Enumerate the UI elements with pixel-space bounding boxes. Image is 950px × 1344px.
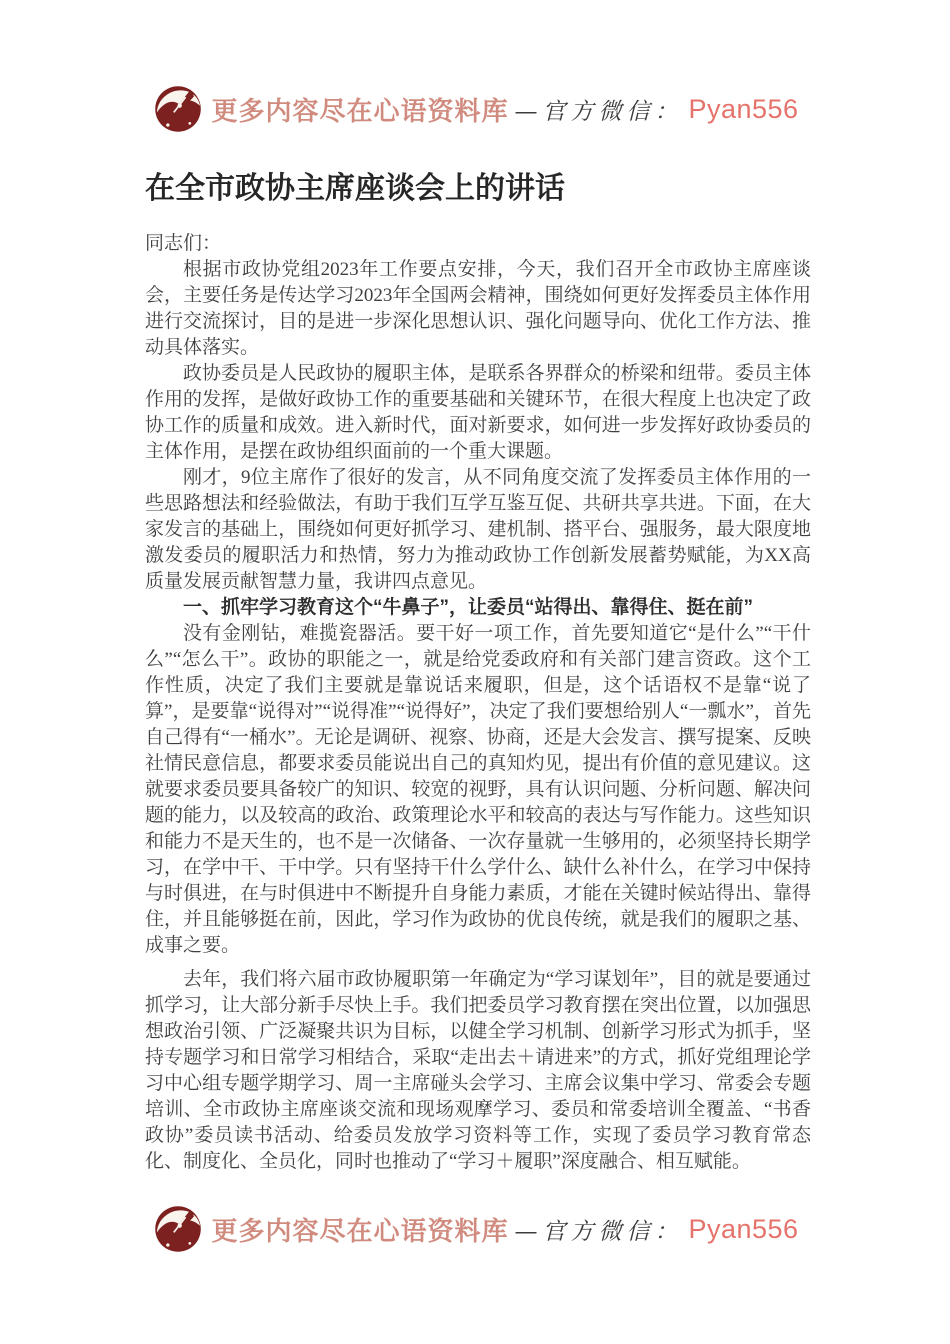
watermark-wechat-account: Pyan556: [688, 94, 798, 125]
paragraph-5: 去年，我们将六届市政协履职第一年确定为“学习谋划年”，目的就是要通过抓学习，让大…: [145, 967, 811, 1175]
watermark-wechat-label: —官方微信：: [514, 1213, 682, 1246]
document-title: 在全市政协主席座谈会上的讲话: [145, 170, 811, 208]
header-watermark: 更多内容尽在心语资料库 —官方微信： Pyan556: [0, 82, 950, 136]
watermark-dash: —: [514, 99, 542, 125]
paragraph-2: 政协委员是人民政协的履职主体，是联系各界群众的桥梁和纽带。委员主体作用的发挥，是…: [145, 361, 811, 465]
watermark-dash: —: [514, 1219, 542, 1245]
watermark-text: 更多内容尽在心语资料库: [211, 1211, 508, 1248]
document-body: 在全市政协主席座谈会上的讲话 同志们： 根据市政协党组2023年工作要点安排，今…: [145, 170, 811, 1175]
document-page: 更多内容尽在心语资料库 —官方微信： Pyan556 在全市政协主席座谈会上的讲…: [0, 0, 950, 1344]
paragraph-3: 刚才，9位主席作了很好的发言，从不同角度交流了发挥委员主体作用的一些思路想法和经…: [145, 465, 811, 595]
salutation: 同志们：: [145, 231, 811, 257]
footer-watermark: 更多内容尽在心语资料库 —官方微信： Pyan556: [0, 1202, 950, 1256]
watermark-wechat-label-text: 官方微信：: [542, 99, 682, 125]
pen-nib-logo-icon: [151, 1202, 205, 1256]
paragraph-1: 根据市政协党组2023年工作要点安排，今天，我们召开全市政协主席座谈会，主要任务…: [145, 257, 811, 361]
watermark-wechat-account: Pyan556: [688, 1214, 798, 1245]
pen-nib-logo-icon: [151, 82, 205, 136]
watermark-wechat-label-text: 官方微信：: [542, 1219, 682, 1245]
watermark-wechat-label: —官方微信：: [514, 93, 682, 126]
paragraph-4: 没有金刚钻，难揽瓷器活。要干好一项工作，首先要知道它“是什么”“干什么”“怎么干…: [145, 621, 811, 959]
watermark-text: 更多内容尽在心语资料库: [211, 91, 508, 128]
section-heading-1: 一、抓牢学习教育这个“牛鼻子”，让委员“站得出、靠得住、挺在前”: [145, 595, 811, 621]
